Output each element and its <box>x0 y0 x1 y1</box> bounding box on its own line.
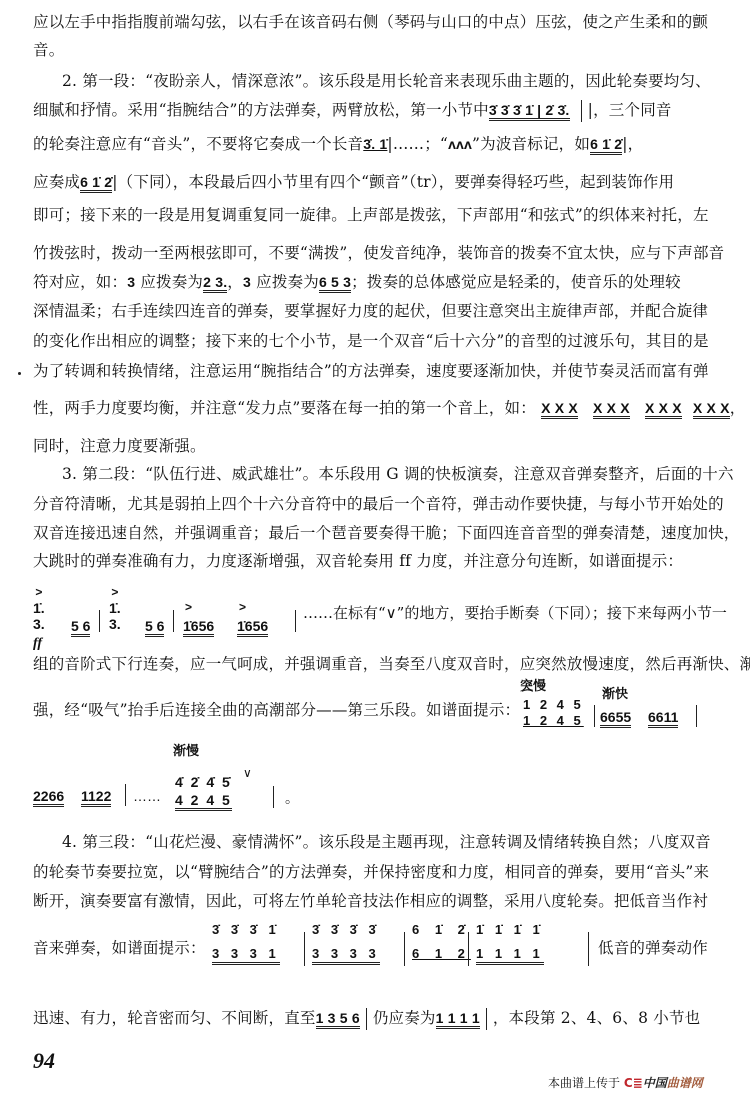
barline <box>125 784 126 806</box>
p2-line9: 的变化作出相应的调整；接下来的七个小节，是一个双音“后十六分”的音型的过渡乐句，… <box>33 331 723 351</box>
barline <box>696 705 697 727</box>
p2-line12: 同时，注意力度要渐强。 <box>33 436 723 456</box>
note-group: 5 6 <box>71 618 90 637</box>
note-group: 6655 <box>600 709 631 728</box>
site-name-b: 曲谱网 <box>667 1076 703 1090</box>
chord-bottom: 1 2 4 5 <box>523 713 584 728</box>
p2-line11: 性，两手力度要均衡，并注意“发力点”要落在每一拍的第一个音上，如： X X X … <box>33 398 723 419</box>
barline <box>468 932 469 966</box>
p2-line7-m1: 应拨奏为 <box>135 273 203 291</box>
p2-line7-m3: 应拨奏为 <box>251 273 319 291</box>
p1-line2: 音。 <box>33 40 723 60</box>
chord-top: 3̇ 3̇ 3̇ 3̇ <box>312 922 380 937</box>
p4-line3: 断开，演奏要富有激情，因此，可将左竹单轮音技法作相应的调整，采用八度轮奏。把低音… <box>33 891 723 911</box>
double-stop: > 1̇. 3. <box>33 584 45 632</box>
notation-inline: 3 <box>127 272 135 292</box>
notation-inline: 6 1̇ 2̇ <box>80 174 112 193</box>
p2-line2-tail: |，三个同音 <box>588 101 672 119</box>
p4-line4-tail: 低音的弹奏动作 <box>598 938 728 958</box>
p4-line5: 迅速、有力，轮音密而匀、不间断，直至1 3 5 6仍应奏为1 1 1 1，本段第… <box>33 1008 723 1030</box>
notation-inline: 6 1̇ 2̇ <box>590 136 622 155</box>
chord-top: 1̇ 1̇ 1̇ 1̇ <box>476 922 544 937</box>
accent-mark: > <box>239 600 246 614</box>
accent-mark: > <box>111 584 118 600</box>
p4-line2: 的轮奏节奏要拉宽，以“臂腕结合”的方法弹奏，并保持密度和力度，相同音的弹奏，要用… <box>33 862 723 882</box>
footer-text: 本曲谱上传于 <box>548 1076 620 1090</box>
breath-mark: ∨ <box>243 766 252 780</box>
p3-line3: 双音连接迅速自然，并强调重音；最后一个琶音要奏得干脆；下面四连音音型的弹奏清楚，… <box>33 523 723 543</box>
p2-line11-tail: ， <box>730 399 746 417</box>
notation-inline: 3̇ 3̇ 3̇ 1̇ | 2̇ 3̇. <box>489 102 570 121</box>
chord-bottom: 3 3 3 3 <box>312 946 380 965</box>
chord-bottom: 6 1 2 <box>412 946 471 961</box>
notation-inline: 1 3 5 6 <box>316 1010 360 1029</box>
p2-line8: 深情温柔；右手连续四连音的弹奏，要掌握好力度的起伏，但要注意突出主旋律声部，并配… <box>33 301 723 321</box>
p2-line7-m2: ， <box>227 273 243 291</box>
site-logo-icon: C≣ <box>624 1076 643 1090</box>
p2-line3-tail: |， <box>622 135 643 153</box>
end-mark: 。 <box>285 788 299 808</box>
p2-line3: 的轮奏注意应有“音头”，不要将它奏成一个长音3̇. 1̇|……；“ʌʌʌ”为波音… <box>33 134 723 155</box>
accent-mark: > <box>185 600 192 614</box>
page-number: 94 <box>33 1048 55 1074</box>
site-name-a: 中国 <box>643 1076 667 1090</box>
note-group: 1̇656 <box>237 618 268 637</box>
score-excerpt-2: 突慢 ⌒ 1 2 4 5 1 2 4 5 渐快 6655 6611 <box>520 675 740 745</box>
accent-mark: > <box>35 584 42 600</box>
p2-line11-text: 性，两手力度要均衡，并注意“发力点”要落在每一拍的第一个音上，如： <box>33 399 536 417</box>
p2-line7-tail: ；拨奏的总体感觉应是轻柔的，使音乐的处理较 <box>351 273 681 291</box>
note-bottom: 3. <box>109 616 121 632</box>
chord-top: 4̇ 2̇ 4̇ 5̇ <box>175 774 232 790</box>
chord-bottom: 3 3 3 1 <box>212 946 280 965</box>
rhythm-group: X X X <box>593 400 630 419</box>
chord-top: 1 2 4 5 <box>523 697 584 712</box>
p2-line10: 为了转调和转换情绪，注意运用“腕指结合”的方法弹奏，速度要逐渐加快，并使节奏灵活… <box>33 361 723 381</box>
p2-line3-mid: |……；“ <box>387 135 448 153</box>
p2-line4-tail: |（下同），本段最后四小节里有四个“颤音”（tr），要弹奏得轻巧些，起到装饰作用 <box>112 173 674 191</box>
note-top: 1̇. <box>33 600 45 616</box>
p2-line1: 2. 第一段：“夜盼亲人，情深意浓”。该乐段是用长轮音来表现乐曲主题的，因此轮奏… <box>62 71 722 91</box>
barline <box>581 100 582 122</box>
note-group: 2266 <box>33 788 64 807</box>
barline <box>366 1008 367 1030</box>
p1-line1: 应以左手中指指腹前端勾弦，以右手在该音码右侧（琴码与山口的中点）压弦，使之产生柔… <box>33 12 723 32</box>
p2-line7-text: 符对应，如： <box>33 273 127 291</box>
rhythm-group: X X X <box>645 400 682 419</box>
note-group: 5 6 <box>145 618 164 637</box>
score-excerpt-4: 3̇ 3̇ 3̇ 1̇ 3 3 3 1 3̇ 3̇ 3̇ 3̇ 3 3 3 3 … <box>208 918 608 980</box>
rhythm-group: X X X <box>693 400 730 419</box>
rhythm-group: X X X <box>541 400 578 419</box>
ellipsis: …… <box>133 788 161 804</box>
double-stop: > 1̇. 3. <box>109 584 121 632</box>
barline <box>588 932 589 966</box>
chord-top: 6 1̇ 2̇ <box>412 922 471 937</box>
barline <box>594 705 595 727</box>
chord-top: 3̇ 3̇ 3̇ 1̇ <box>212 922 280 937</box>
note-group: 1̇656 <box>183 618 214 637</box>
p2-line6: 竹拨弦时，拨动一至两根弦即可，不要“满拨”，使发音纯净，装饰音的拨奏不宜太快，应… <box>33 243 723 263</box>
p3-line2: 分音符清晰，尤其是弱拍上四个十六分音符中的最后一个音符，弹击动作要快捷，与每小节… <box>33 494 723 514</box>
p2-line7: 符对应，如：3 应拨奏为2 3.，3 应拨奏为6 5 3；拨奏的总体感觉应是轻柔… <box>33 272 723 293</box>
p2-line5: 即可；接下来的一段是用复调重复同一旋律。上声部是拨弦，下声部用“和弦式”的织体来… <box>33 205 723 225</box>
tempo-mark: 渐快 <box>602 683 628 702</box>
chord-bottom: 1 1 1 1 <box>476 946 544 965</box>
notation-inline: 2 3. <box>203 274 227 293</box>
barline <box>404 932 405 966</box>
barline <box>273 786 274 808</box>
note-group: 6611 <box>648 709 678 728</box>
barline <box>99 610 100 632</box>
footer-watermark: 本曲谱上传于 C≣中国曲谱网 <box>548 1074 703 1091</box>
chord-bottom: 4 2 4 5 <box>175 792 232 811</box>
stray-mark <box>18 372 21 375</box>
barline <box>173 610 174 632</box>
notation-inline: 3̇. 1̇ <box>363 134 387 154</box>
p3-line1: 3. 第二段：“队伍行进、威武雄壮”。本乐段用 G 调的快板演奏，注意双音弹奏整… <box>62 464 722 484</box>
note-top: 1̇. <box>109 600 121 616</box>
barline <box>295 610 296 632</box>
p2-line4: 应奏成6 1̇ 2̇|（下同），本段最后四小节里有四个“颤音”（tr），要弹奏得… <box>33 172 723 193</box>
note-bottom: 3. <box>33 616 45 632</box>
barline <box>304 932 305 966</box>
wave-mark-icon: ʌʌʌ <box>448 134 472 154</box>
score1-caption: ……在标有“∨”的地方，要抬手断奏（下同）；接下来每两小节一 <box>303 602 727 623</box>
p4-line5-tail: ，本段第 2、4、6、8 小节也 <box>493 1009 701 1027</box>
p4-line5-mid: 仍应奏为 <box>373 1009 436 1027</box>
p2-line2-text: 细腻和抒情。采用“指腕结合”的方法弹奏，两臂放松，第一小节中 <box>33 101 489 119</box>
p2-line4-text: 应奏成 <box>33 173 80 191</box>
p4-line5-text: 迅速、有力，轮音密而匀、不间断，直至 <box>33 1009 316 1027</box>
dynamic-mark: ff <box>33 636 42 652</box>
p2-line3-text: 的轮奏注意应有“音头”，不要将它奏成一个长音 <box>33 135 363 153</box>
notation-inline: 1 1 1 1 <box>436 1010 480 1029</box>
p4-line1: 4. 第三段：“山花烂漫、豪情满怀”。该乐段是主题再现，注意转调及情绪转换自然；… <box>62 832 722 852</box>
score-excerpt-3: 2266 1122 …… 渐慢 4̇ 2̇ 4̇ 5̇ ∨ 4 2 4 5 。 <box>33 760 353 820</box>
p3-line5: 组的音阶式下行连奏，应一气呵成，并强调重音，当奏至八度双音时，应突然放慢速度，然… <box>33 654 723 674</box>
tempo-mark: 渐慢 <box>173 740 199 759</box>
notation-inline: 6 5 3 <box>319 274 351 293</box>
notation-inline: 3 <box>243 272 251 292</box>
p3-line4: 大跳时的弹奏准确有力，力度逐渐增强，双音轮奏用 ff 力度，并注意分句连断，如谱… <box>33 551 723 571</box>
p2-line3-mid2: ”为波音标记，如 <box>472 135 590 153</box>
barline <box>486 1008 487 1030</box>
score-excerpt-1: > 1̇. 3. 5 6 > 1̇. 3. 5 6 > 1̇656 > 1̇65… <box>33 584 733 644</box>
note-group: 1122 <box>81 788 111 807</box>
p2-line2: 细腻和抒情。采用“指腕结合”的方法弹奏，两臂放松，第一小节中3̇ 3̇ 3̇ 1… <box>33 100 723 122</box>
